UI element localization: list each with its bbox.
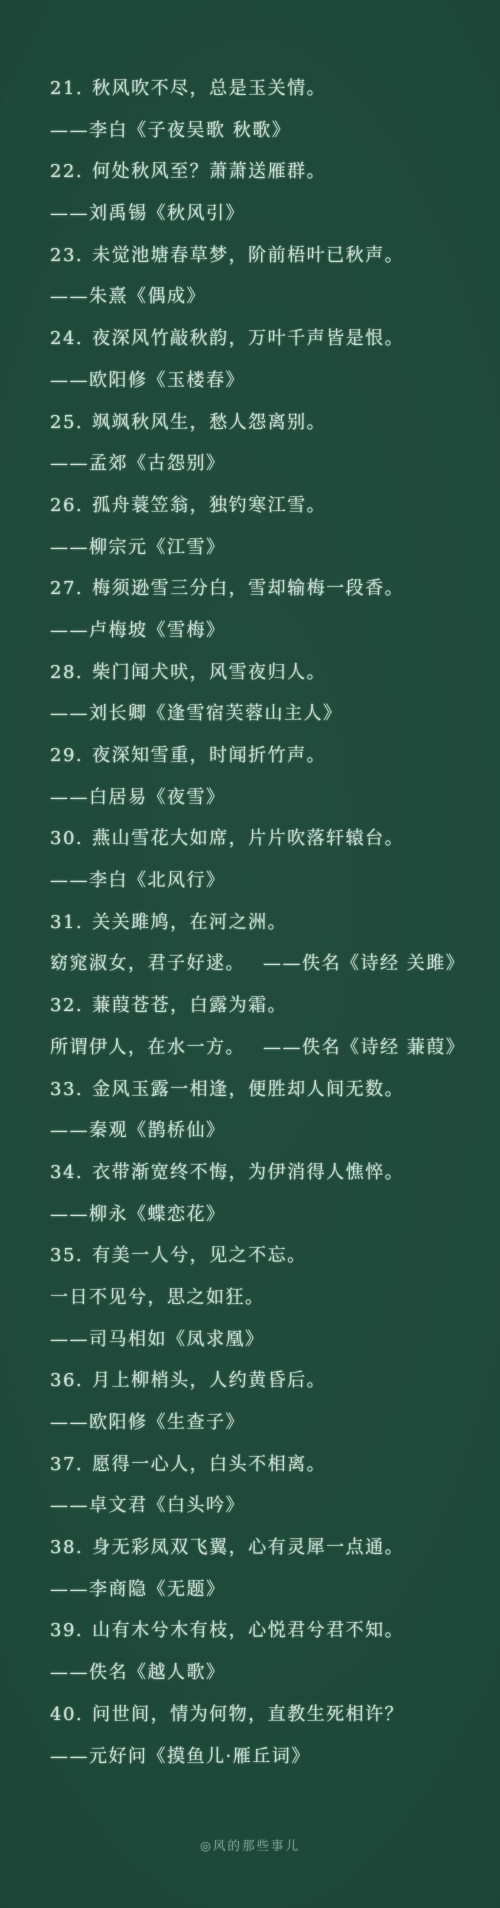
quote-number: 40. — [50, 1704, 83, 1725]
quote-line: 39.山有木兮木有枝，心悦君兮君不知。 — [50, 1610, 488, 1652]
quote-number: 33. — [50, 1079, 83, 1100]
quote-line: 33.金风玉露一相逢，便胜却人间无数。 — [50, 1069, 488, 1111]
quote-line: 36.月上柳梢头，人约黄昏后。 — [50, 1360, 488, 1402]
attribution-line: ——李白《子夜吴歌 秋歌》 — [50, 110, 488, 152]
attribution-line: ——李商隐《无题》 — [50, 1569, 488, 1611]
quote-text: 未觉池塘春草梦，阶前梧叶已秋声。 — [92, 245, 404, 266]
attribution-line: ——柳宗元《江雪》 — [50, 527, 488, 569]
quote-line: 34.衣带渐宽终不悔，为伊消得人憔悴。 — [50, 1152, 488, 1194]
quote-number: 34. — [50, 1162, 83, 1183]
quote-text: 一日不见兮，思之如狂。 — [50, 1287, 265, 1308]
quote-line: 24.夜深风竹敲秋韵，万叶千声皆是恨。 — [50, 318, 488, 360]
quote-text: 孤舟蓑笠翁，独钓寒江雪。 — [92, 495, 326, 516]
quote-line: 40.问世间，情为何物，直教生死相许？ — [50, 1694, 488, 1736]
poem-quote-list: 21.秋风吹不尽，总是玉关情。——李白《子夜吴歌 秋歌》22.何处秋风至？萧萧送… — [50, 68, 488, 1777]
attribution-line: ——卢梅坡《雪梅》 — [50, 610, 488, 652]
quote-line: 25.飒飒秋风生，愁人怨离别。 — [50, 402, 488, 444]
watermark: ◎风的那些事儿 — [0, 1832, 500, 1860]
quote-number: 35. — [50, 1245, 83, 1266]
quote-text: 问世间，情为何物，直教生死相许？ — [92, 1704, 404, 1725]
quote-number: 36. — [50, 1370, 83, 1391]
quote-line: 23.未觉池塘春草梦，阶前梧叶已秋声。 — [50, 235, 488, 277]
quote-number: 26. — [50, 495, 83, 516]
quote-text: 关关雎鸠，在河之洲。 — [92, 912, 287, 933]
attribution-line: ——朱熹《偶成》 — [50, 276, 488, 318]
quote-line: 31.关关雎鸠，在河之洲。 — [50, 902, 488, 944]
quote-text: 夜深知雪重，时闻折竹声。 — [92, 745, 326, 766]
quote-number: 27. — [50, 578, 83, 599]
quote-text: 夜深风竹敲秋韵，万叶千声皆是恨。 — [92, 328, 404, 349]
attribution-line: ——孟郊《古怨别》 — [50, 443, 488, 485]
quote-text: 衣带渐宽终不悔，为伊消得人憔悴。 — [92, 1162, 404, 1183]
quote-line: 38.身无彩凤双飞翼，心有灵犀一点通。 — [50, 1527, 488, 1569]
attribution: ——佚名《诗经 关雎》 — [263, 953, 465, 974]
quote-line: 30.燕山雪花大如席，片片吹落轩辕台。 — [50, 818, 488, 860]
quote-line: 27.梅须逊雪三分白，雪却输梅一段香。 — [50, 568, 488, 610]
quote-number: 22. — [50, 161, 83, 182]
quote-line: 29.夜深知雪重，时闻折竹声。 — [50, 735, 488, 777]
quote-number: 37. — [50, 1454, 83, 1475]
quote-number: 21. — [50, 78, 83, 99]
quote-number: 23. — [50, 245, 83, 266]
attribution-line: ——刘长卿《逢雪宿芙蓉山主人》 — [50, 693, 488, 735]
attribution-line: ——元好问《摸鱼儿·雁丘词》 — [50, 1736, 488, 1778]
attribution-line: ——刘禹锡《秋风引》 — [50, 193, 488, 235]
quote-text: 燕山雪花大如席，片片吹落轩辕台。 — [92, 828, 404, 849]
quote-number: 30. — [50, 828, 83, 849]
quote-text: 窈窕淑女，君子好逑。 — [50, 953, 245, 974]
quote-text: 何处秋风至？萧萧送雁群。 — [92, 161, 326, 182]
quote-number: 39. — [50, 1620, 83, 1641]
quote-line: 26.孤舟蓑笠翁，独钓寒江雪。 — [50, 485, 488, 527]
attribution: ——佚名《诗经 蒹葭》 — [263, 1037, 465, 1058]
quote-number: 38. — [50, 1537, 83, 1558]
attribution-line: ——佚名《越人歌》 — [50, 1652, 488, 1694]
quote-text: 蒹葭苍苍，白露为霜。 — [92, 995, 287, 1016]
quote-number: 32. — [50, 995, 83, 1016]
quote-line-continued: 一日不见兮，思之如狂。 — [50, 1277, 488, 1319]
quote-text: 所谓伊人，在水一方。 — [50, 1037, 245, 1058]
attribution-line: ——白居易《夜雪》 — [50, 777, 488, 819]
attribution-line: ——欧阳修《玉楼春》 — [50, 360, 488, 402]
quote-number: 25. — [50, 412, 83, 433]
quote-number: 31. — [50, 912, 83, 933]
quote-line: 32.蒹葭苍苍，白露为霜。 — [50, 985, 488, 1027]
quote-text: 月上柳梢头，人约黄昏后。 — [92, 1370, 326, 1391]
attribution-line: ——卓文君《白头吟》 — [50, 1485, 488, 1527]
green-board-page: { "page": { "footer_watermark": "◎风的那些事儿… — [0, 0, 500, 1908]
quote-line-continued: 窈窕淑女，君子好逑。——佚名《诗经 关雎》 — [50, 943, 488, 985]
quote-number: 29. — [50, 745, 83, 766]
quote-line: 28.柴门闻犬吠，风雪夜归人。 — [50, 652, 488, 694]
quote-number: 24. — [50, 328, 83, 349]
quote-text: 山有木兮木有枝，心悦君兮君不知。 — [92, 1620, 404, 1641]
quote-text: 柴门闻犬吠，风雪夜归人。 — [92, 662, 326, 683]
attribution-line: ——欧阳修《生查子》 — [50, 1402, 488, 1444]
quote-line-continued: 所谓伊人，在水一方。——佚名《诗经 蒹葭》 — [50, 1027, 488, 1069]
quote-text: 有美一人兮，见之不忘。 — [92, 1245, 307, 1266]
quote-text: 秋风吹不尽，总是玉关情。 — [92, 78, 326, 99]
quote-line: 37.愿得一心人，白头不相离。 — [50, 1444, 488, 1486]
quote-line: 35.有美一人兮，见之不忘。 — [50, 1235, 488, 1277]
quote-text: 身无彩凤双飞翼，心有灵犀一点通。 — [92, 1537, 404, 1558]
attribution-line: ——司马相如《凤求凰》 — [50, 1319, 488, 1361]
quote-number: 28. — [50, 662, 83, 683]
quote-text: 梅须逊雪三分白，雪却输梅一段香。 — [92, 578, 404, 599]
attribution-line: ——秦观《鹊桥仙》 — [50, 1110, 488, 1152]
quote-line: 21.秋风吹不尽，总是玉关情。 — [50, 68, 488, 110]
quote-line: 22.何处秋风至？萧萧送雁群。 — [50, 151, 488, 193]
quote-text: 愿得一心人，白头不相离。 — [92, 1454, 326, 1475]
attribution-line: ——柳永《蝶恋花》 — [50, 1194, 488, 1236]
quote-text: 金风玉露一相逢，便胜却人间无数。 — [92, 1079, 404, 1100]
quote-text: 飒飒秋风生，愁人怨离别。 — [92, 412, 326, 433]
attribution-line: ——李白《北风行》 — [50, 860, 488, 902]
